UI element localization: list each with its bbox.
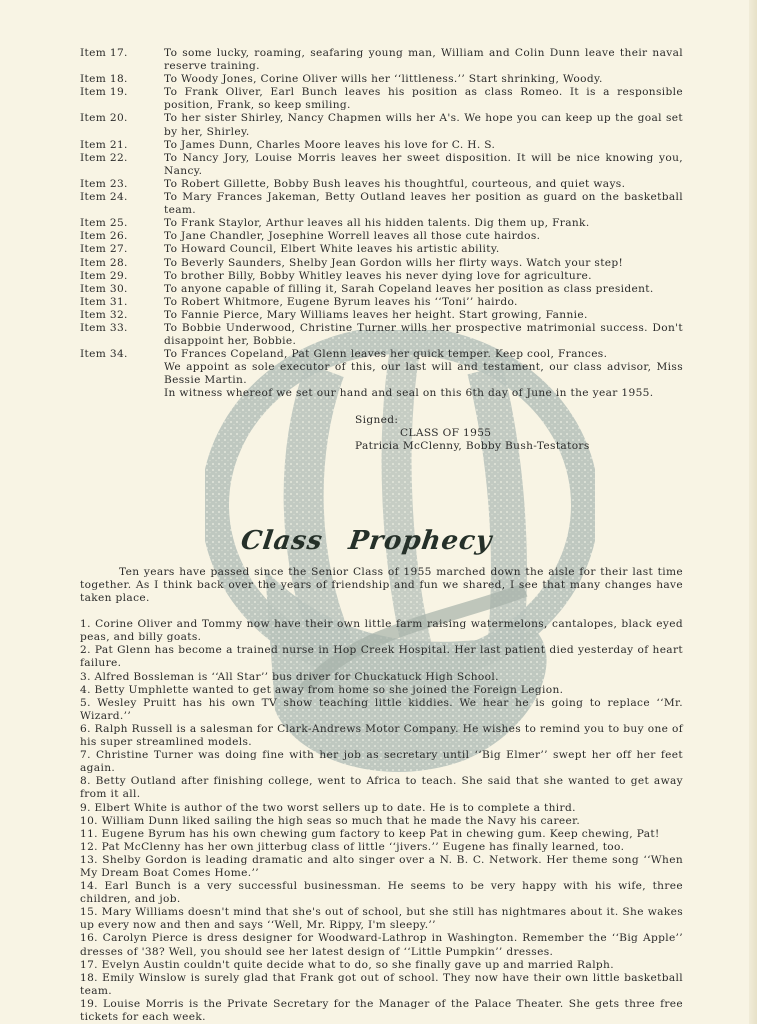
will-item-text: To Frank Staylor, Arthur leaves all his … <box>164 217 683 230</box>
will-item-text: To Howard Council, Elbert White leaves h… <box>164 243 683 256</box>
last-will-section: Item 17.To some lucky, roaming, seafarin… <box>80 47 683 361</box>
will-item-text: To some lucky, roaming, seafaring young … <box>164 47 683 73</box>
prophecy-item: 8. Betty Outland after finishing college… <box>80 775 683 801</box>
will-item-number: Item 25. <box>80 217 164 230</box>
will-item-number: Item 19. <box>80 86 164 112</box>
prophecy-item: 13. Shelby Gordon is leading dramatic an… <box>80 854 683 880</box>
will-item-text: To Frances Copeland, Pat Glenn leaves he… <box>164 348 683 361</box>
prophecy-item: 9. Elbert White is author of the two wor… <box>80 802 683 815</box>
will-item-text: To Woody Jones, Corine Oliver wills her … <box>164 73 683 86</box>
witness-statement: In witness whereof we set our hand and s… <box>80 387 683 400</box>
prophecy-item: 7. Christine Turner was doing fine with … <box>80 749 683 775</box>
will-item: Item 27.To Howard Council, Elbert White … <box>80 243 683 256</box>
prophecy-item: 19. Louise Morris is the Private Secreta… <box>80 998 683 1024</box>
will-item-text: To Frank Oliver, Earl Bunch leaves his p… <box>164 86 683 112</box>
will-item-text: To Jane Chandler, Josephine Worrell leav… <box>164 230 683 243</box>
signed-label: Signed: <box>355 414 683 427</box>
will-item-number: Item 18. <box>80 73 164 86</box>
will-item-number: Item 27. <box>80 243 164 256</box>
will-item: Item 21.To James Dunn, Charles Moore lea… <box>80 139 683 152</box>
will-item-number: Item 17. <box>80 47 164 73</box>
prophecy-item: 1. Corine Oliver and Tommy now have thei… <box>80 618 683 644</box>
prophecy-item: 2. Pat Glenn has become a trained nurse … <box>80 644 683 670</box>
will-item: Item 32.To Fannie Pierce, Mary Williams … <box>80 309 683 322</box>
will-item: Item 28.To Beverly Saunders, Shelby Jean… <box>80 257 683 270</box>
will-item: Item 26.To Jane Chandler, Josephine Worr… <box>80 230 683 243</box>
will-item-number: Item 28. <box>80 257 164 270</box>
will-item-text: To Nancy Jory, Louise Morris leaves her … <box>164 152 683 178</box>
will-item-text: To Mary Frances Jakeman, Betty Outland l… <box>164 191 683 217</box>
prophecy-item: 12. Pat McClenny has her own jitterbug c… <box>80 841 683 854</box>
will-item-number: Item 26. <box>80 230 164 243</box>
prophecy-item: 10. William Dunn liked sailing the high … <box>80 815 683 828</box>
page-edge <box>749 0 757 1024</box>
will-item: Item 22.To Nancy Jory, Louise Morris lea… <box>80 152 683 178</box>
will-item: Item 30.To anyone capable of filling it,… <box>80 283 683 296</box>
will-item: Item 17.To some lucky, roaming, seafarin… <box>80 47 683 73</box>
will-item-number: Item 23. <box>80 178 164 191</box>
document-body: Item 17.To some lucky, roaming, seafarin… <box>80 47 683 1024</box>
prophecy-item: 16. Carolyn Pierce is dress designer for… <box>80 932 683 958</box>
will-item-number: Item 32. <box>80 309 164 322</box>
will-item: Item 34.To Frances Copeland, Pat Glenn l… <box>80 348 683 361</box>
prophecy-item: 17. Evelyn Austin couldn't quite decide … <box>80 959 683 972</box>
will-item-text: To James Dunn, Charles Moore leaves his … <box>164 139 683 152</box>
will-item-number: Item 31. <box>80 296 164 309</box>
will-item: Item 18.To Woody Jones, Corine Oliver wi… <box>80 73 683 86</box>
will-item: Item 25.To Frank Staylor, Arthur leaves … <box>80 217 683 230</box>
will-item: Item 24.To Mary Frances Jakeman, Betty O… <box>80 191 683 217</box>
prophecy-item: 11. Eugene Byrum has his own chewing gum… <box>80 828 683 841</box>
prophecy-item: 15. Mary Williams doesn't mind that she'… <box>80 906 683 932</box>
will-item-text: To her sister Shirley, Nancy Chapmen wil… <box>164 112 683 138</box>
executor-statement: We appoint as sole executor of this, our… <box>80 361 683 387</box>
will-item: Item 31.To Robert Whitmore, Eugene Byrum… <box>80 296 683 309</box>
will-item-number: Item 24. <box>80 191 164 217</box>
prophecy-intro: Ten years have passed since the Senior C… <box>80 566 683 605</box>
will-item-number: Item 22. <box>80 152 164 178</box>
will-item: Item 29.To brother Billy, Bobby Whitley … <box>80 270 683 283</box>
will-item-text: To anyone capable of filling it, Sarah C… <box>164 283 683 296</box>
will-item: Item 23.To Robert Gillette, Bobby Bush l… <box>80 178 683 191</box>
will-item-text: To Bobbie Underwood, Christine Turner wi… <box>164 322 683 348</box>
prophecy-list: 1. Corine Oliver and Tommy now have thei… <box>80 618 683 1024</box>
signed-names: Patricia McClenny, Bobby Bush-Testators <box>355 440 683 453</box>
will-item-number: Item 30. <box>80 283 164 296</box>
will-item: Item 33.To Bobbie Underwood, Christine T… <box>80 322 683 348</box>
prophecy-item: 4. Betty Umphlette wanted to get away fr… <box>80 684 683 697</box>
will-item-number: Item 21. <box>80 139 164 152</box>
will-item: Item 20.To her sister Shirley, Nancy Cha… <box>80 112 683 138</box>
will-item-text: To Beverly Saunders, Shelby Jean Gordon … <box>164 257 683 270</box>
signed-class: CLASS OF 1955 <box>355 427 683 440</box>
prophecy-item: 3. Alfred Bossleman is ‘‘All Star’’ bus … <box>80 671 683 684</box>
signature-block: Signed: CLASS OF 1955 Patricia McClenny,… <box>80 414 683 453</box>
prophecy-item: 18. Emily Winslow is surely glad that Fr… <box>80 972 683 998</box>
prophecy-title: Class Prophecy <box>79 535 684 548</box>
prophecy-item: 6. Ralph Russell is a salesman for Clark… <box>80 723 683 749</box>
will-item: Item 19.To Frank Oliver, Earl Bunch leav… <box>80 86 683 112</box>
will-item-number: Item 33. <box>80 322 164 348</box>
prophecy-item: 5. Wesley Pruitt has his own TV show tea… <box>80 697 683 723</box>
will-item-text: To Robert Gillette, Bobby Bush leaves hi… <box>164 178 683 191</box>
will-item-number: Item 20. <box>80 112 164 138</box>
will-item-text: To Robert Whitmore, Eugene Byrum leaves … <box>164 296 683 309</box>
prophecy-item: 14. Earl Bunch is a very successful busi… <box>80 880 683 906</box>
will-item-number: Item 34. <box>80 348 164 361</box>
will-item-number: Item 29. <box>80 270 164 283</box>
will-item-text: To brother Billy, Bobby Whitley leaves h… <box>164 270 683 283</box>
will-item-text: To Fannie Pierce, Mary Williams leaves h… <box>164 309 683 322</box>
